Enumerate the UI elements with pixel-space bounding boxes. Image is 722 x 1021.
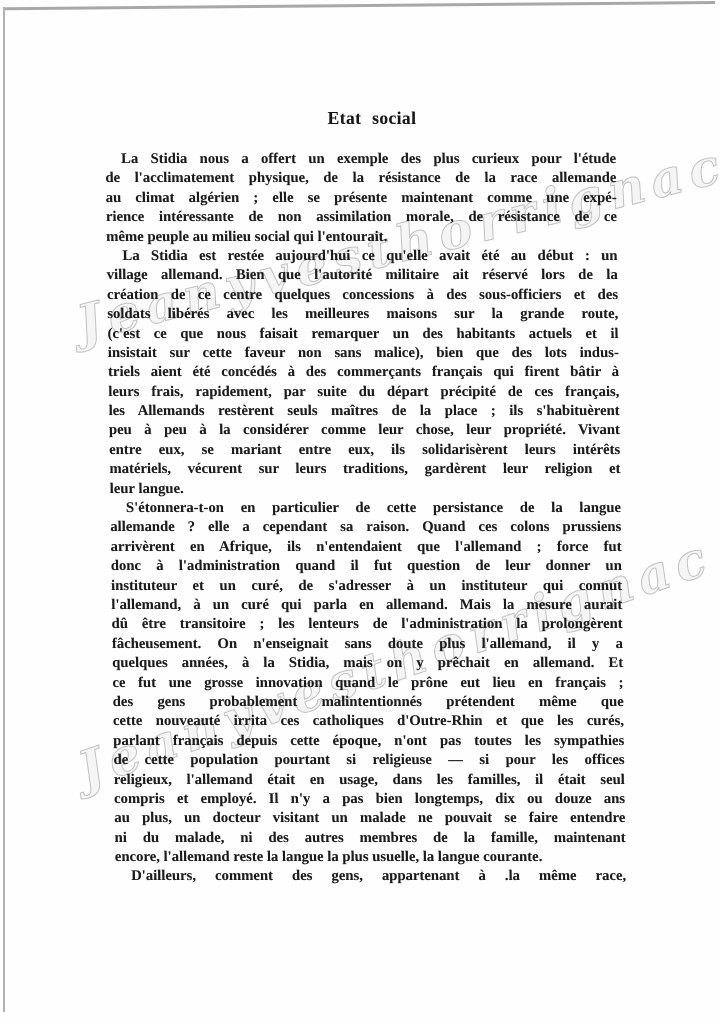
text-line: village allemand. Bien que l'autorité mi… (107, 266, 618, 285)
text-line: fâcheusement. On n'enseignait sans doute… (112, 635, 623, 654)
text-line: leur langue. (110, 480, 621, 499)
text-line: création de ce centre quelques concessio… (107, 286, 618, 305)
text-line: même peuple au milieu social qui l'entou… (106, 228, 617, 247)
text-line: (c'est ce que nous faisait remarquer un … (107, 325, 618, 344)
scanned-book-page: Jeanyvesthorrignac Jeanyvesthorrignac Et… (0, 0, 722, 1021)
text-line: dû être transitoire ; les lenteurs de l'… (111, 615, 622, 634)
text-body: La Stidia nous a offert un exemple des p… (105, 150, 626, 887)
text-line: peu à peu à la considérer comme leur cho… (109, 421, 620, 440)
text-line: religieux, l'allemand était en usage, da… (114, 771, 625, 790)
text-line: au plus, un docteur visitant un malade n… (114, 809, 625, 828)
text-line: S'étonnera-t-on en particulier de cette … (110, 499, 621, 518)
text-line: soldats libérés avec les meilleures mais… (107, 305, 618, 324)
text-line: La Stidia est restée aujourd'hui ce qu'e… (106, 247, 617, 266)
text-line: allemande ? elle a cependant sa raison. … (110, 518, 621, 537)
text-line: arrivèrent en Afrique, ils n'entendaient… (110, 538, 621, 557)
text-line: des gens probablement malintentionnés pr… (113, 693, 624, 712)
text-line: donc à l'administration quand il fut que… (111, 557, 622, 576)
text-line: rience intéressante de non assimilation … (106, 208, 617, 227)
text-line: les Allemands restèrent seuls maîtres de… (109, 402, 620, 421)
text-line: quelques années, à la Stidia, mais on y … (112, 654, 623, 673)
text-line: de l'acclimatement physique, de la résis… (105, 169, 616, 188)
text-line: ce fut une grosse innovation quand le pr… (112, 674, 623, 693)
section-title: Etat social (115, 107, 629, 129)
text-line: ni du malade, ni des autres membres de l… (114, 829, 625, 848)
text-line: matériels, vécurent sur leurs traditions… (109, 460, 620, 479)
scan-edge-top (5, 1, 715, 10)
text-line: insistait sur cette faveur non sans mali… (108, 344, 619, 363)
text-line: D'ailleurs, comment des gens, appartenan… (115, 867, 626, 886)
text-line: La Stidia nous a offert un exemple des p… (105, 150, 616, 169)
text-line: leurs frais, rapidement, par suite du dé… (108, 383, 619, 402)
scan-edge-left (3, 7, 5, 1012)
text-line: de cette population pourtant si religieu… (113, 751, 624, 770)
text-line: parlant français depuis cette époque, n'… (113, 732, 624, 751)
text-line: compris et employé. Il n'y a pas bien lo… (114, 790, 625, 809)
text-line: cette nouveauté irrita ces catholiques d… (113, 712, 624, 731)
text-line: entre eux, se mariant entre eux, ils sol… (109, 441, 620, 460)
text-line: encore, l'allemand reste la langue la pl… (115, 848, 626, 867)
text-line: instituteur et un curé, de s'adresser à … (111, 577, 622, 596)
text-line: triels aient été concédés à des commerça… (108, 363, 619, 382)
text-line: l'allemand, à un curé qui parla en allem… (111, 596, 622, 615)
text-line: au climat algérien ; elle se présente ma… (106, 189, 617, 208)
